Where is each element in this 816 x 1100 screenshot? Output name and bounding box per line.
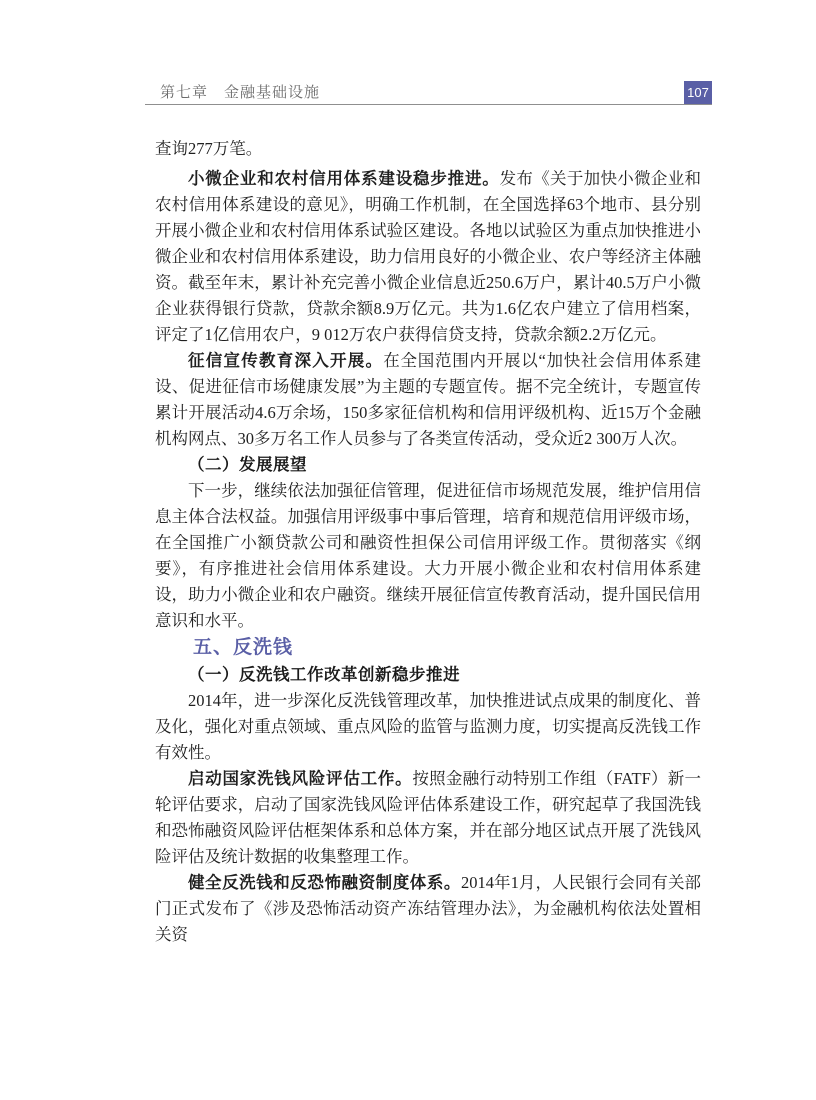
paragraph-institution-system-lead: 健全反洗钱和反恐怖融资制度体系。 [188, 874, 461, 892]
paragraph-risk-assessment: 启动国家洗钱风险评估工作。按照金融行动特别工作组（FATF）新一轮评估要求，启动… [155, 766, 701, 870]
paragraph-continuation: 查询277万笔。 [155, 136, 701, 162]
paragraph-credit-publicity: 征信宣传教育深入开展。在全国范围内开展以“加快社会信用体系建设、促进征信市场健康… [155, 348, 701, 452]
chapter-title: 第七章 金融基础设施 [145, 82, 320, 104]
paragraph-risk-assessment-lead: 启动国家洗钱风险评估工作。 [188, 770, 412, 788]
heading-anti-money-laundering-section: 五、反洗钱 [155, 634, 701, 662]
paragraph-credit-publicity-lead: 征信宣传教育深入开展。 [188, 352, 383, 370]
paragraph-aml-intro: 2014年，进一步深化反洗钱管理改革，加快推进试点成果的制度化、普及化，强化对重… [155, 688, 701, 766]
paragraph-institution-system: 健全反洗钱和反恐怖融资制度体系。2014年1月，人民银行会同有关部门正式发布了《… [155, 870, 701, 948]
paragraph-sme-credit: 小微企业和农村信用体系建设稳步推进。发布《关于加快小微企业和农村信用体系建设的意… [155, 166, 701, 348]
heading-aml-reform: （一）反洗钱工作改革创新稳步推进 [155, 662, 701, 688]
page-header: 第七章 金融基础设施 107 [145, 81, 712, 105]
heading-development-outlook: （二）发展展望 [155, 452, 701, 478]
paragraph-sme-credit-lead: 小微企业和农村信用体系建设稳步推进。 [188, 170, 500, 188]
paragraph-outlook: 下一步，继续依法加强征信管理，促进征信市场规范发展，维护信用信息主体合法权益。加… [155, 478, 701, 634]
page-content: 查询277万笔。 小微企业和农村信用体系建设稳步推进。发布《关于加快小微企业和农… [155, 136, 701, 948]
paragraph-sme-credit-body: 发布《关于加快小微企业和农村信用体系建设的意见》，明确工作机制，在全国选择63个… [155, 169, 701, 344]
document-page: 第七章 金融基础设施 107 查询277万笔。 小微企业和农村信用体系建设稳步推… [0, 0, 816, 1100]
page-number-badge: 107 [684, 81, 712, 104]
